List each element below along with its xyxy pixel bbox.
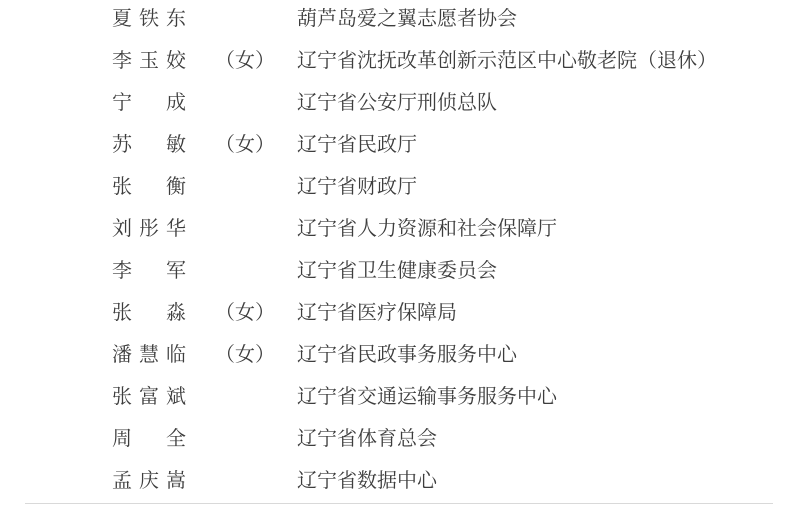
organization: 辽宁省财政厅 (297, 176, 417, 198)
gender-marker: （女） (215, 302, 275, 324)
organization: 辽宁省公安厅刑侦总队 (297, 92, 497, 114)
person-name: 张 淼 (112, 302, 186, 324)
table-row: 宁 成 辽宁省公安厅刑侦总队 (0, 92, 798, 115)
person-name: 周 全 (112, 428, 186, 450)
organization: 辽宁省医疗保障局 (297, 302, 457, 324)
organization: 辽宁省沈抚改革创新示范区中心敬老院（退休） (297, 50, 717, 72)
table-row: 潘慧临 （女） 辽宁省民政事务服务中心 (0, 344, 798, 367)
gender-marker: （女） (215, 50, 275, 72)
organization: 辽宁省民政厅 (297, 134, 417, 156)
person-name: 夏铁东 (112, 8, 186, 30)
organization: 辽宁省体育总会 (297, 428, 437, 450)
table-row: 李玉姣 （女） 辽宁省沈抚改革创新示范区中心敬老院（退休） (0, 50, 798, 73)
gender-marker: （女） (215, 344, 275, 366)
document-page: 夏铁东 葫芦岛爱之翼志愿者协会 李玉姣 （女） 辽宁省沈抚改革创新示范区中心敬老… (0, 0, 798, 505)
table-row: 周 全 辽宁省体育总会 (0, 428, 798, 451)
gender-marker: （女） (215, 134, 275, 156)
table-row: 刘彤华 辽宁省人力资源和社会保障厅 (0, 218, 798, 241)
person-name: 苏 敏 (112, 134, 186, 156)
table-row: 张富斌 辽宁省交通运输事务服务中心 (0, 386, 798, 409)
organization: 辽宁省民政事务服务中心 (297, 344, 517, 366)
table-row: 夏铁东 葫芦岛爱之翼志愿者协会 (0, 8, 798, 31)
awardee-roster: 夏铁东 葫芦岛爱之翼志愿者协会 李玉姣 （女） 辽宁省沈抚改革创新示范区中心敬老… (0, 0, 798, 505)
person-name: 宁 成 (112, 92, 186, 114)
organization: 辽宁省人力资源和社会保障厅 (297, 218, 557, 240)
table-row: 李 军 辽宁省卫生健康委员会 (0, 260, 798, 283)
person-name: 刘彤华 (112, 218, 186, 240)
page-bottom-divider (25, 503, 773, 504)
person-name: 孟庆嵩 (112, 470, 186, 492)
person-name: 李玉姣 (112, 50, 186, 72)
person-name: 李 军 (112, 260, 186, 282)
table-row: 张 淼 （女） 辽宁省医疗保障局 (0, 302, 798, 325)
organization: 辽宁省交通运输事务服务中心 (297, 386, 557, 408)
organization: 辽宁省卫生健康委员会 (297, 260, 497, 282)
person-name: 张富斌 (112, 386, 186, 408)
table-row: 苏 敏 （女） 辽宁省民政厅 (0, 134, 798, 157)
person-name: 潘慧临 (112, 344, 186, 366)
organization: 辽宁省数据中心 (297, 470, 437, 492)
organization: 葫芦岛爱之翼志愿者协会 (297, 8, 517, 30)
person-name: 张 衡 (112, 176, 186, 198)
table-row: 张 衡 辽宁省财政厅 (0, 176, 798, 199)
table-row: 孟庆嵩 辽宁省数据中心 (0, 470, 798, 493)
